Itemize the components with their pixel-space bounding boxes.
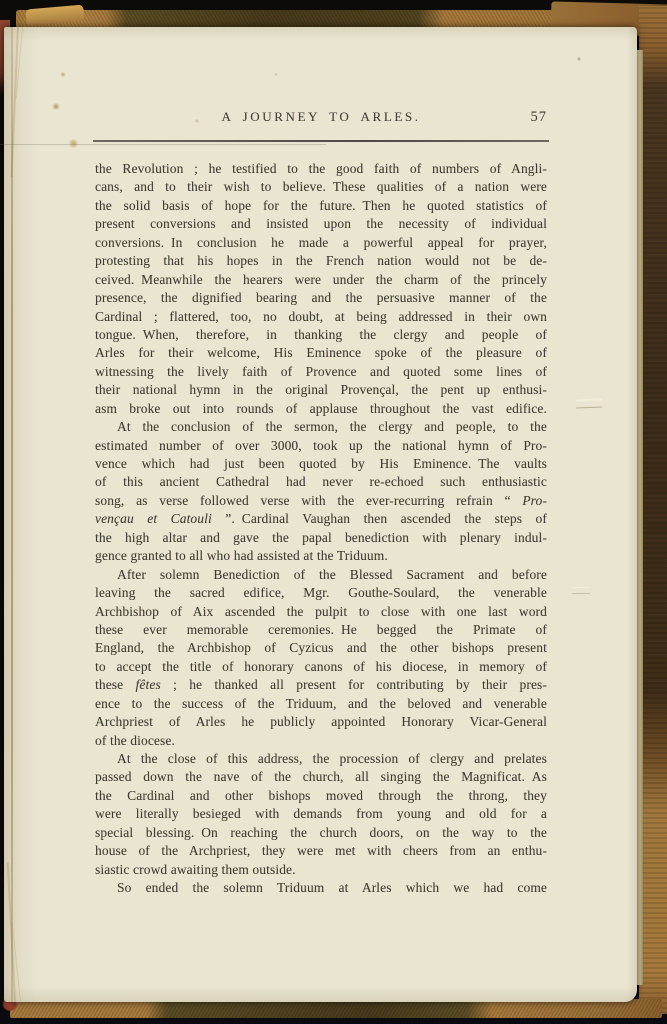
- book-cover-right-edge: [639, 6, 667, 1014]
- text-run: At the close of this address, the proces…: [117, 751, 547, 766]
- text-line: of this ancient Cathedral had never re-e…: [95, 473, 547, 491]
- text-run: ceived. Meanwhile the hearers were under…: [95, 272, 547, 287]
- paragraph: At the conclusion of the sermon, the cle…: [95, 418, 547, 566]
- text-run: gence granted to all who had assisted at…: [95, 548, 388, 563]
- text-run: present conversions and insisted upon th…: [95, 216, 547, 231]
- body-text: the Revolution ; he testified to the goo…: [95, 160, 547, 898]
- book-page: A JOURNEY TO ARLES. 57 the Revolution ; …: [4, 27, 637, 1002]
- paper-emboss-mark: [572, 587, 590, 594]
- text-line: present conversions and insisted upon th…: [95, 215, 547, 233]
- text-run: the Revolution ; he testified to the goo…: [95, 161, 547, 176]
- paragraph: After solemn Benediction of the Blessed …: [95, 566, 547, 750]
- text-run: At the conclusion of the sermon, the cle…: [117, 419, 547, 434]
- text-line: the high altar and gave the papal benedi…: [95, 529, 547, 547]
- text-run: asm broke out into rounds of applause th…: [95, 401, 547, 416]
- text-line: vençau et Catouli ”. Cardinal Vaughan th…: [95, 510, 547, 528]
- text-run: tongue. When, therefore, in thanking the…: [95, 327, 547, 342]
- text-line: Arles for their welcome, His Eminence sp…: [95, 344, 547, 362]
- text-run: cans, and to their wish to believe. Thes…: [95, 179, 547, 194]
- text-run: ; he thanked all present for contributin…: [161, 677, 547, 692]
- running-header: A JOURNEY TO ARLES. 57: [95, 109, 547, 129]
- text-line: After solemn Benediction of the Blessed …: [95, 566, 547, 584]
- paper-emboss-mark: [576, 399, 602, 409]
- text-run: the solid basis of hope for the future. …: [95, 198, 547, 213]
- text-run: ence to the success of the Triduum, and …: [95, 696, 547, 711]
- text-line: ceived. Meanwhile the hearers were under…: [95, 271, 547, 289]
- text-line: At the close of this address, the proces…: [95, 750, 547, 768]
- text-run: house of the Archpriest, they were met w…: [95, 843, 547, 858]
- paragraph: So ended the solemn Triduum at Arles whi…: [95, 879, 547, 897]
- text-run: to accept the title of honorary canons o…: [95, 659, 547, 674]
- text-line: song, as verse followed verse with the e…: [95, 492, 547, 510]
- text-run: witnessing the lively faith of Provence …: [95, 364, 547, 379]
- text-run: Archbishop of Aix ascended the pulpit to…: [95, 604, 547, 619]
- text-run: After solemn Benediction of the Blessed …: [117, 567, 547, 582]
- text-line: Cardinal ; flattered, too, no doubt, at …: [95, 308, 547, 326]
- text-run: So ended the solemn Triduum at Arles whi…: [117, 880, 547, 895]
- text-line: protesting that his hopes in the French …: [95, 252, 547, 270]
- text-run: the Cardinal and other bishops moved thr…: [95, 788, 547, 803]
- text-line: ence to the success of the Triduum, and …: [95, 695, 547, 713]
- text-line: conversions. In conclusion he made a pow…: [95, 234, 547, 252]
- foxing-stain: [577, 57, 581, 61]
- text-line: house of the Archpriest, they were met w…: [95, 842, 547, 860]
- text-line: presence, the dignified bearing and the …: [95, 289, 547, 307]
- text-run: leaving the sacred edifice, Mgr. Gouthe-…: [95, 585, 547, 600]
- text-run: vence which had just been quoted by His …: [95, 456, 547, 471]
- foxing-stain: [274, 73, 278, 76]
- text-line: Archbishop of Aix ascended the pulpit to…: [95, 603, 547, 621]
- page-edges-right: [637, 50, 643, 985]
- foxing-stain: [52, 103, 60, 110]
- text-line: were literally besieged with demands fro…: [95, 805, 547, 823]
- text-line: asm broke out into rounds of applause th…: [95, 400, 547, 418]
- text-run: were literally besieged with demands fro…: [95, 806, 547, 821]
- text-line: of the diocese.: [95, 732, 547, 750]
- text-run: of this ancient Cathedral had never re-e…: [95, 474, 547, 489]
- foxing-stain: [60, 72, 66, 77]
- text-line: vence which had just been quoted by His …: [95, 455, 547, 473]
- scanned-book-page-photo: A JOURNEY TO ARLES. 57 the Revolution ; …: [0, 0, 667, 1024]
- text-run: conversions. In conclusion he made a pow…: [95, 235, 547, 250]
- text-run: of the diocese.: [95, 733, 175, 748]
- text-line: At the conclusion of the sermon, the cle…: [95, 418, 547, 436]
- text-run: song, as verse followed verse with the e…: [95, 493, 522, 508]
- italic-text-run: Pro-: [522, 493, 547, 508]
- text-line: cans, and to their wish to believe. Thes…: [95, 178, 547, 196]
- text-line: special blessing. On reaching the church…: [95, 824, 547, 842]
- italic-text-run: vençau et Catouli: [95, 511, 212, 526]
- text-run: special blessing. On reaching the church…: [95, 825, 547, 840]
- text-line: witnessing the lively faith of Provence …: [95, 363, 547, 381]
- text-line: England, the Archbishop of Cyzicus and t…: [95, 639, 547, 657]
- text-run: the high altar and gave the papal benedi…: [95, 530, 547, 545]
- text-run: estimated number of over 3000, took up t…: [95, 438, 547, 453]
- text-line: these ever memorable ceremonies. He begg…: [95, 621, 547, 639]
- page-number: 57: [531, 109, 548, 126]
- text-run: Arles for their welcome, His Eminence sp…: [95, 345, 547, 360]
- text-run: Cardinal ; flattered, too, no doubt, at …: [95, 309, 547, 324]
- text-line: gence granted to all who had assisted at…: [95, 547, 547, 565]
- text-line: these fêtes ; he thanked all present for…: [95, 676, 547, 694]
- text-line: passed down the nave of the church, all …: [95, 768, 547, 786]
- text-run: ”. Cardinal Vaughan then ascended the st…: [212, 511, 547, 526]
- text-line: tongue. When, therefore, in thanking the…: [95, 326, 547, 344]
- italic-text-run: fêtes: [136, 677, 161, 692]
- text-line: Archpriest of Arles he publicly appointe…: [95, 713, 547, 731]
- text-run: these: [95, 677, 136, 692]
- paragraph: At the close of this address, the proces…: [95, 750, 547, 879]
- text-line: the Cardinal and other bishops moved thr…: [95, 787, 547, 805]
- text-line: siastic crowd awaiting them outside.: [95, 861, 547, 879]
- text-run: passed down the nave of the church, all …: [95, 769, 547, 784]
- text-run: siastic crowd awaiting them outside.: [95, 862, 296, 877]
- header-rule-ghost: [0, 144, 326, 145]
- paragraph: the Revolution ; he testified to the goo…: [95, 160, 547, 418]
- text-run: presence, the dignified bearing and the …: [95, 290, 547, 305]
- text-line: leaving the sacred edifice, Mgr. Gouthe-…: [95, 584, 547, 602]
- text-line: So ended the solemn Triduum at Arles whi…: [95, 879, 547, 897]
- page-header-title: A JOURNEY TO ARLES.: [95, 109, 547, 125]
- header-rule: [93, 140, 549, 142]
- text-line: to accept the title of honorary canons o…: [95, 658, 547, 676]
- text-run: Archpriest of Arles he publicly appointe…: [95, 714, 547, 729]
- text-run: their national hymn in the original Prov…: [95, 382, 547, 397]
- text-line: their national hymn in the original Prov…: [95, 381, 547, 399]
- text-line: the Revolution ; he testified to the goo…: [95, 160, 547, 178]
- text-run: protesting that his hopes in the French …: [95, 253, 547, 268]
- text-run: England, the Archbishop of Cyzicus and t…: [95, 640, 547, 655]
- text-line: the solid basis of hope for the future. …: [95, 197, 547, 215]
- text-run: these ever memorable ceremonies. He begg…: [95, 622, 547, 637]
- text-line: estimated number of over 3000, took up t…: [95, 437, 547, 455]
